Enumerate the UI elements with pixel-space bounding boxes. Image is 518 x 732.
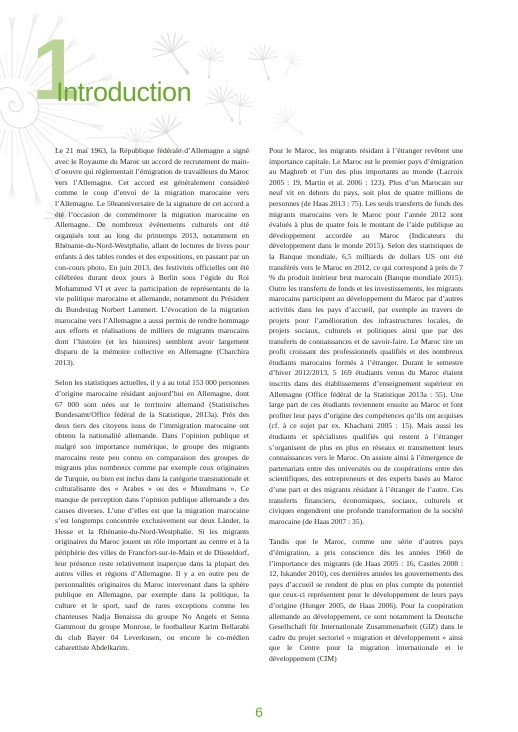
text-columns: Le 21 mai 1963, la République fédérale d…: [55, 146, 463, 691]
paragraph: Le 21 mai 1963, la République fédérale d…: [55, 146, 249, 368]
page-footer: 6: [0, 704, 518, 722]
page-number: 6: [255, 704, 263, 720]
chapter-title: Introduction: [56, 77, 191, 108]
paragraph: Selon les statistiques actuelles, il y a…: [55, 378, 249, 653]
book-page: 1 Introduction Le 21 mai 1963, la Républ…: [0, 0, 518, 732]
right-column: Pour le Maroc, les migrants résidant à l…: [269, 146, 463, 691]
left-column: Le 21 mai 1963, la République fédérale d…: [55, 146, 249, 691]
paragraph: Tandis que le Maroc, comme une série d’a…: [269, 537, 463, 664]
paragraph: Pour le Maroc, les migrants résidant à l…: [269, 146, 463, 527]
